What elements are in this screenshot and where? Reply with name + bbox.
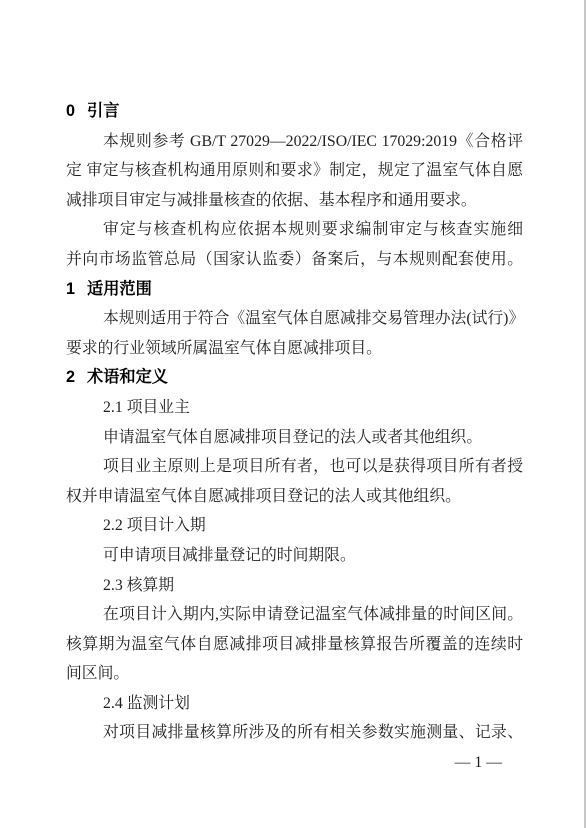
body-line: 权并申请温室气体自愿减排项目登记的法人或其他组织。 [66, 482, 523, 512]
term-heading: 2.3 核算期 [66, 571, 523, 601]
body-line: 并向市场监管总局（国家认监委）备案后，与本规则配套使用。 [66, 245, 523, 275]
section-heading: 1适用范围 [66, 275, 523, 305]
section-title: 适用范围 [87, 280, 152, 298]
section-number: 1 [66, 280, 75, 298]
body-line: 申请温室气体自愿减排项目登记的法人或者其他组织。 [66, 423, 523, 453]
section-number: 2 [66, 368, 75, 386]
body-line: 本规则适用于符合《温室气体自愿减排交易管理办法(试行)》 [66, 304, 523, 334]
body-line: 审定与核查机构应依据本规则要求编制审定与核查实施细则， [66, 215, 523, 245]
document-page: 0引言本规则参考 GB/T 27029—2022/ISO/IEC 17029:2… [0, 0, 588, 828]
body-line: 项目业主原则上是项目所有者，也可以是获得项目所有者授 [66, 452, 523, 482]
body-line: 可申请项目减排量登记的时间期限。 [66, 541, 523, 571]
section-title: 引言 [87, 102, 119, 120]
section-number: 0 [66, 102, 75, 120]
body-line: 减排项目审定与减排量核查的依据、基本程序和通用要求。 [66, 186, 523, 216]
body-line: 定 审定与核查机构通用原则和要求》制定，规定了温室气体自愿 [66, 156, 523, 186]
section-heading: 2术语和定义 [66, 363, 523, 393]
body-line: 核算期为温室气体自愿减排项目减排量核算报告所覆盖的连续时 [66, 630, 523, 660]
term-heading: 2.1 项目业主 [66, 393, 523, 423]
body-line: 对项目减排量核算所涉及的所有相关参数实施测量、记录、 [66, 718, 523, 748]
term-heading: 2.4 监测计划 [66, 689, 523, 719]
term-heading: 2.2 项目计入期 [66, 511, 523, 541]
page-right-edge-line [584, 0, 586, 828]
section-heading: 0引言 [66, 97, 523, 127]
page-number: — 1 — [66, 748, 523, 778]
body-line: 间区间。 [66, 659, 523, 689]
body-line: 本规则参考 GB/T 27029—2022/ISO/IEC 17029:2019… [66, 127, 523, 157]
document-body: 0引言本规则参考 GB/T 27029—2022/ISO/IEC 17029:2… [66, 97, 523, 748]
section-title: 术语和定义 [87, 368, 168, 386]
body-line: 在项目计入期内,实际申请登记温室气体减排量的时间区间。 [66, 600, 523, 630]
body-line: 要求的行业领域所属温室气体自愿减排项目。 [66, 334, 523, 364]
